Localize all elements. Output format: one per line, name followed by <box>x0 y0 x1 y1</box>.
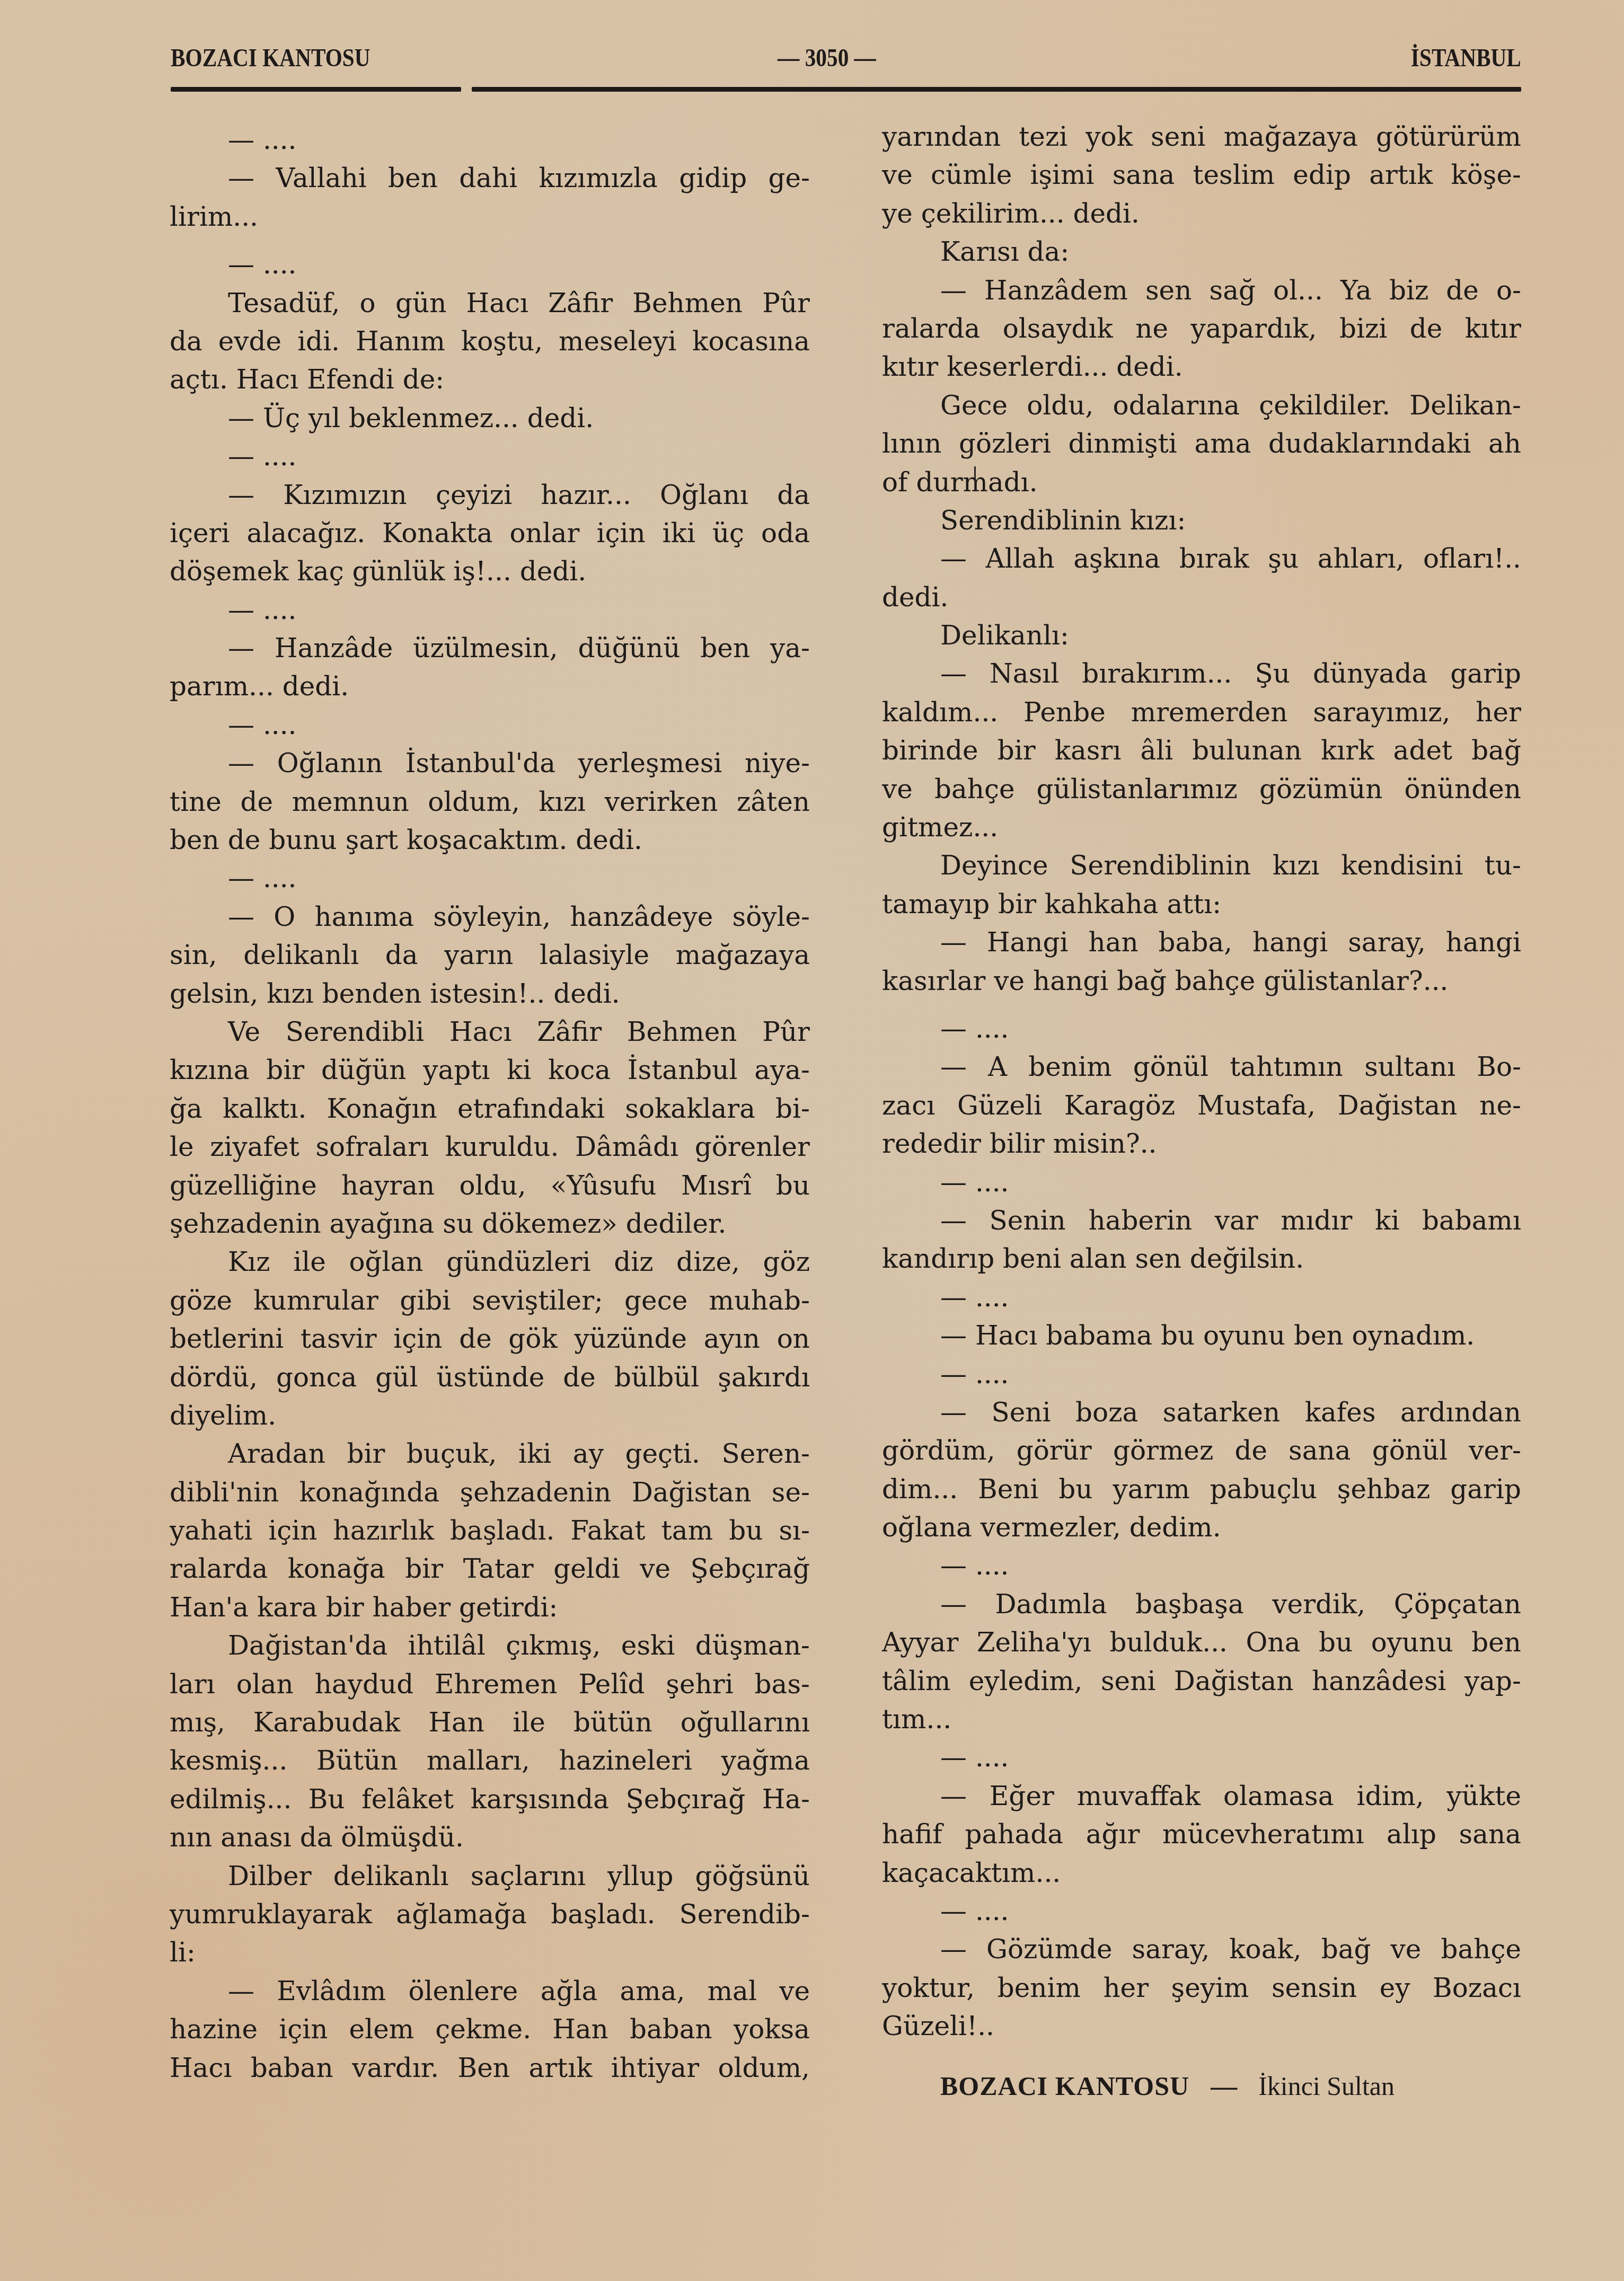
text-line: — Gözümde saray, koak, bağ ve bahçe <box>882 1930 1521 1968</box>
text-line: — .... <box>882 1278 1521 1316</box>
text-line: da evde idi. Hanım koştu, meseleyi kocas… <box>170 322 810 360</box>
text-line: — .... <box>882 1738 1521 1776</box>
text-line: — Eğer muvaffak olamasa idim, yükte <box>882 1777 1521 1815</box>
text-line: lının gözleri dinmişti ama dudaklarındak… <box>882 425 1521 463</box>
text-line: — A benim gönül tahtımın sultanı Bo- <box>882 1048 1521 1086</box>
text-line: rededir bilir misin?.. <box>882 1125 1521 1163</box>
text-line: lirim... <box>170 198 810 236</box>
text-line: Kız ile oğlan gündüzleri diz dize, göz <box>170 1243 810 1281</box>
text-line: — .... <box>170 706 810 744</box>
text-line: diyelim. <box>170 1396 810 1435</box>
text-line: ye çekilirim... dedi. <box>882 194 1521 233</box>
article-signature: BOZACI KANTOSU—İkinci Sultan <box>882 2067 1521 2105</box>
text-line: Ayyar Zeliha'yı bulduk... Ona bu oyunu b… <box>882 1623 1521 1661</box>
text-line: li: <box>170 1933 810 1971</box>
text-line: — .... <box>170 121 810 159</box>
text-line: — Hanzâde üzülmesin, düğünü ben ya- <box>170 629 810 667</box>
stray-ink-mark <box>974 466 976 482</box>
text-line: — .... <box>170 245 810 284</box>
text-line: ve cümle işimi sana teslim edip artık kö… <box>882 156 1521 194</box>
text-line: hazine için elem çekme. Han baban yoksa <box>170 2010 810 2048</box>
text-line: gelsin, kızı benden istesin!.. dedi. <box>170 975 810 1013</box>
publication-name: İSTANBUL <box>1411 43 1521 73</box>
text-line: şehzadenin ayağına su dökemez» dediler. <box>170 1205 810 1243</box>
paragraph-gap <box>170 236 810 245</box>
text-line: kaldım... Penbe mremerden sarayımız, her <box>882 693 1521 731</box>
text-line: yumruklayarak ağlamağa başladı. Serendib… <box>170 1895 810 1933</box>
text-line: — .... <box>170 437 810 475</box>
signature-author: İkinci Sultan <box>1258 2067 1394 2105</box>
text-line: — Nasıl bırakırım... Şu dünyada garip <box>882 655 1521 693</box>
text-line: ları olan haydud Ehremen Pelîd şehri bas… <box>170 1665 810 1703</box>
text-line: kızına bir düğün yaptı ki koca İstanbul … <box>170 1051 810 1089</box>
text-line: Karısı da: <box>882 233 1521 271</box>
right-column: yarından tezi yok seni mağazaya götürürü… <box>882 118 1521 2105</box>
text-line: — Senin haberin var mıdır ki babamı <box>882 1201 1521 1240</box>
text-line: — O hanıma söyleyin, hanzâdeye söyle- <box>170 898 810 936</box>
text-line: — .... <box>882 1892 1521 1930</box>
text-line: — Seni boza satarken kafes ardından <box>882 1393 1521 1431</box>
text-line: Tesadüf, o gün Hacı Zâfir Behmen Pûr <box>170 284 810 322</box>
text-line: içeri alacağız. Konakta onlar için iki ü… <box>170 514 810 552</box>
text-line: kesmiş... Bütün malları, hazineleri yağm… <box>170 1741 810 1780</box>
text-line: — Hacı babama bu oyunu ben oynadım. <box>882 1316 1521 1355</box>
text-line: tine de memnun oldum, kızı verirken zâte… <box>170 783 810 821</box>
text-line: le ziyafet sofraları kuruldu. Dâmâdı gör… <box>170 1128 810 1166</box>
text-line: dördü, gonca gül üstünde de bülbül şakır… <box>170 1358 810 1396</box>
text-line: göze kumrular gibi seviştiler; gece muha… <box>170 1281 810 1320</box>
text-line: kıtır keserlerdi... dedi. <box>882 348 1521 386</box>
text-line: ğa kalktı. Konağın etrafındaki sokaklara… <box>170 1090 810 1128</box>
text-line: yahati için hazırlık başladı. Fakat tam … <box>170 1511 810 1550</box>
text-line: — Allah aşkına bırak şu ahları, ofları!.… <box>882 540 1521 578</box>
text-line: parım... dedi. <box>170 667 810 705</box>
text-line: of durmadı. <box>882 463 1521 501</box>
text-line: betlerini tasvir için de gök yüzünde ayı… <box>170 1320 810 1358</box>
text-line: zacı Güzeli Karagöz Mustafa, Dağistan ne… <box>882 1086 1521 1125</box>
header-rule-left <box>171 87 461 92</box>
text-line: kasırlar ve hangi bağ bahçe gülistanlar?… <box>882 962 1521 1000</box>
text-line: yarından tezi yok seni mağazaya götürürü… <box>882 118 1521 156</box>
text-line: — Evlâdım ölenlere ağla ama, mal ve <box>170 1972 810 2010</box>
text-line: — Üç yıl beklenmez... dedi. <box>170 399 810 437</box>
text-line: dedi. <box>882 578 1521 616</box>
text-line: Hacı baban vardır. Ben artık ihtiyar old… <box>170 2049 810 2087</box>
text-line: — Oğlanın İstanbul'da yerleşmesi niye- <box>170 744 810 782</box>
text-line: Delikanlı: <box>882 616 1521 655</box>
text-line: ralarda olsaydık ne yapardık, bizi de kı… <box>882 310 1521 348</box>
text-line: Serendiblinin kızı: <box>882 501 1521 540</box>
text-line: nın anası da ölmüşdü. <box>170 1818 810 1856</box>
paragraph-gap <box>882 1000 1521 1010</box>
text-line: — .... <box>170 591 810 629</box>
text-line: tım... <box>882 1700 1521 1738</box>
text-line: kandırıp beni alan sen değilsin. <box>882 1240 1521 1278</box>
text-line: ben de bunu şart koşacaktım. dedi. <box>170 821 810 859</box>
text-line: gördüm, görür görmez de sana gönül ver- <box>882 1431 1521 1470</box>
text-line: Han'a kara bir haber getirdi: <box>170 1588 810 1626</box>
signature-dash: — <box>1211 2067 1237 2105</box>
left-column: — ....— Vallahi ben dahi kızımızla gidip… <box>170 121 810 2087</box>
text-line: tâlim eyledim, seni Dağistan hanzâdesi y… <box>882 1662 1521 1700</box>
text-line: Güzeli!.. <box>882 2007 1521 2045</box>
text-line: dim... Beni bu yarım pabuçlu şehbaz gari… <box>882 1470 1521 1508</box>
text-line: açtı. Hacı Efendi de: <box>170 360 810 399</box>
text-line: Gece oldu, odalarına çekildiler. Delikan… <box>882 386 1521 425</box>
text-line: birinde bir kasrı âli bulunan kırk adet … <box>882 731 1521 770</box>
page-header: BOZACI KANTOSU — 3050 — İSTANBUL <box>171 38 1521 96</box>
text-line: Dilber delikanlı saçlarını yllup göğsünü <box>170 1857 810 1895</box>
text-line: dibli'nin konağında şehzadenin Dağistan … <box>170 1473 810 1511</box>
text-line: — .... <box>882 1355 1521 1393</box>
text-line: — Vallahi ben dahi kızımızla gidip ge- <box>170 159 810 197</box>
text-line: ralarda konağa bir Tatar geldi ve Şebçır… <box>170 1550 810 1588</box>
text-line: Dağistan'da ihtilâl çıkmış, eski düşman- <box>170 1626 810 1665</box>
text-line: döşemek kaç günlük iş!... dedi. <box>170 552 810 590</box>
text-line: — Hangi han baba, hangi saray, hangi <box>882 923 1521 961</box>
text-line: — Hanzâdem sen sağ ol... Ya biz de o- <box>882 271 1521 310</box>
text-line: ve bahçe gülistanlarımız gözümün önünden <box>882 770 1521 808</box>
text-line: — Kızımızın çeyizi hazır... Oğlanı da <box>170 476 810 514</box>
text-line: güzelliğine hayran oldu, «Yûsufu Mısrî b… <box>170 1166 810 1205</box>
text-line: — .... <box>882 1163 1521 1201</box>
header-rule-right <box>472 87 1521 92</box>
text-line: mış, Karabudak Han ile bütün oğullarını <box>170 1703 810 1741</box>
text-line: yoktur, benim her şeyim sensin ey Bozacı <box>882 1969 1521 2007</box>
text-line: edilmiş... Bu felâket karşısında Şebçıra… <box>170 1780 810 1818</box>
text-line: — .... <box>882 1010 1521 1048</box>
text-line: — Dadımla başbaşa verdik, Çöpçatan <box>882 1585 1521 1623</box>
signature-gap <box>882 2046 1521 2067</box>
text-line: sin, delikanlı da yarın lalasiyle mağaza… <box>170 936 810 974</box>
text-line: Deyince Serendiblinin kızı kendisini tu- <box>882 846 1521 885</box>
page-number: — 3050 — <box>778 43 876 73</box>
text-line: — .... <box>882 1546 1521 1585</box>
text-line: kaçacaktım... <box>882 1854 1521 1892</box>
text-line: — .... <box>170 859 810 897</box>
text-line: oğlana vermezler, dedim. <box>882 1508 1521 1546</box>
text-line: Ve Serendibli Hacı Zâfir Behmen Pûr <box>170 1013 810 1051</box>
text-line: Aradan bir buçuk, iki ay geçti. Seren- <box>170 1435 810 1473</box>
text-line: hafif pahada ağır mücevheratımı alıp san… <box>882 1815 1521 1853</box>
running-title: BOZACI KANTOSU <box>171 43 370 73</box>
signature-title: BOZACI KANTOSU <box>940 2067 1189 2105</box>
text-line: tamayıp bir kahkaha attı: <box>882 885 1521 923</box>
text-line: gitmez... <box>882 808 1521 846</box>
